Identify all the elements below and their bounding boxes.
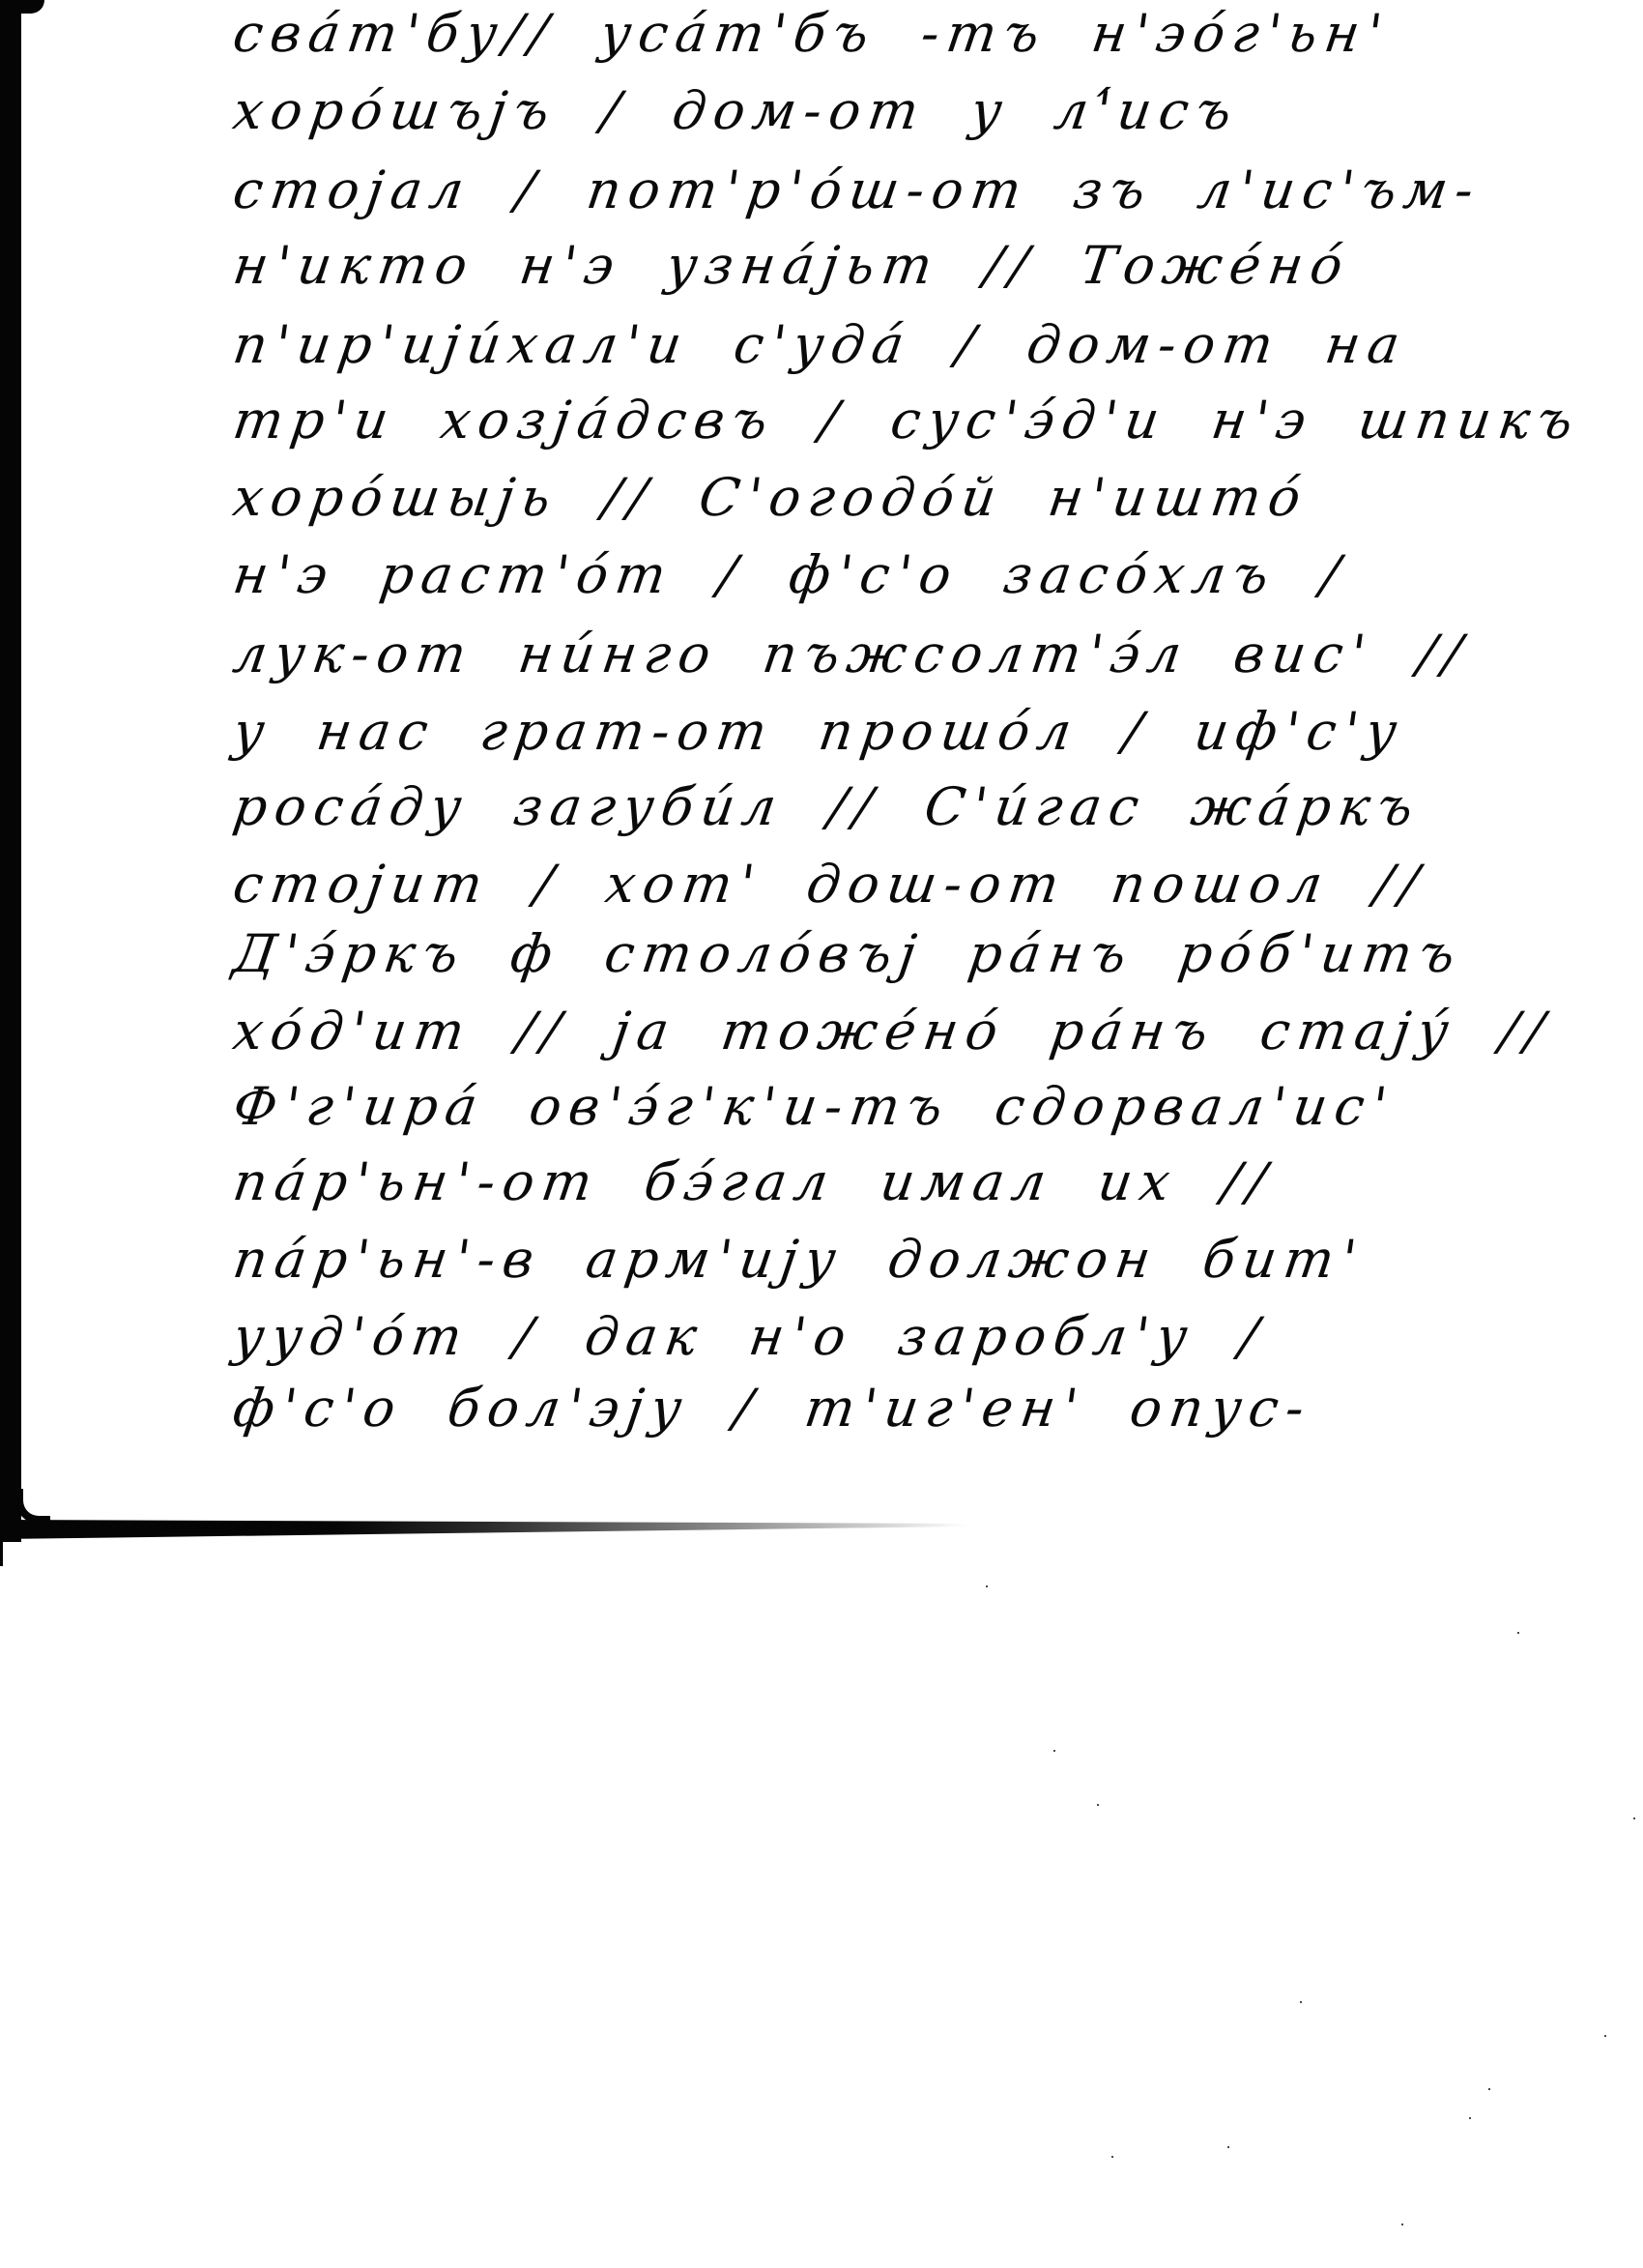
scan-speck: [1300, 2001, 1302, 2003]
scan-speck: [1401, 2224, 1403, 2225]
handwritten-line-2: хорóшъјъ / дом-от у л'́исъ: [230, 85, 1242, 137]
page-border-left-tail: [0, 1537, 3, 1566]
scan-speck: [1469, 2117, 1471, 2119]
handwritten-line-15: Ф'г'ирá ов'э́г'к'и-тъ сдорвал'ис': [230, 1081, 1398, 1133]
handwritten-line-13: Д'э́ркъ ф столóвъј рáнъ рóб'итъ: [230, 928, 1466, 980]
handwritten-line-19: ф'с'о бол'эју / т'иг'ен' опус-: [230, 1382, 1315, 1435]
handwritten-line-3: стојал / пот'р'óш-от зъ л'ис'ъм-: [230, 164, 1484, 217]
handwritten-line-14: хóд'ит // ја тоже́нó рáнъ стајý //: [230, 1005, 1555, 1058]
handwritten-line-4: н'икто н'э узнáјьт // Тоже́нó: [230, 240, 1353, 292]
handwritten-line-5: п'ир'ијúхал'и с'удá / дом-от на: [230, 319, 1410, 371]
scanned-page: свáт'бу// усáт'бъ -тъ н'эóг'ьн' хорóшъјъ…: [0, 0, 1643, 2268]
handwritten-line-7: хорóшыјь // С'огодóй н'ишто́: [230, 472, 1312, 524]
handwritten-line-11: росáду загубúл // С'и́гас жáркъ: [230, 781, 1424, 833]
scan-speck: [1097, 1804, 1099, 1806]
scan-speck: [1111, 2156, 1113, 2158]
handwritten-line-17: пáр'ьн'-в арм'иjу должон бит': [230, 1234, 1368, 1286]
scan-speck: [1227, 2146, 1229, 2148]
scan-speck: [1053, 1750, 1055, 1752]
page-border-top-notch: [19, 0, 44, 14]
handwritten-line-1: свáт'бу// усáт'бъ -тъ н'эóг'ьн': [230, 8, 1393, 60]
scan-speck: [1604, 2035, 1606, 2037]
handwritten-line-18: ууд'óт / дак н'о заробл'у /: [230, 1311, 1269, 1363]
scan-speck: [986, 1585, 988, 1587]
handwritten-line-10: у нас грат-от прошóл / иф'с'у: [230, 706, 1407, 758]
handwritten-line-9: лук-от ни́нго пъжсолт'э́л вис' //: [230, 628, 1473, 681]
handwritten-line-16: пáр'ьн'-от бэ́гал имал их //: [230, 1156, 1277, 1208]
page-border-bottom: [0, 1520, 966, 1539]
page-border-left: [0, 0, 21, 1542]
handwritten-line-6: тр'и хозјáдсвъ / сус'э́д'и н'э шпикъ: [230, 394, 1584, 447]
scan-speck: [1517, 1632, 1519, 1634]
handwritten-line-8: н'э раст'óт / ф'с'о засóхлъ /: [230, 549, 1350, 601]
scan-speck: [1633, 1817, 1635, 1819]
scan-speck: [1488, 2088, 1490, 2090]
handwritten-line-12: стојит / хот' дош-от пошол //: [230, 858, 1429, 911]
